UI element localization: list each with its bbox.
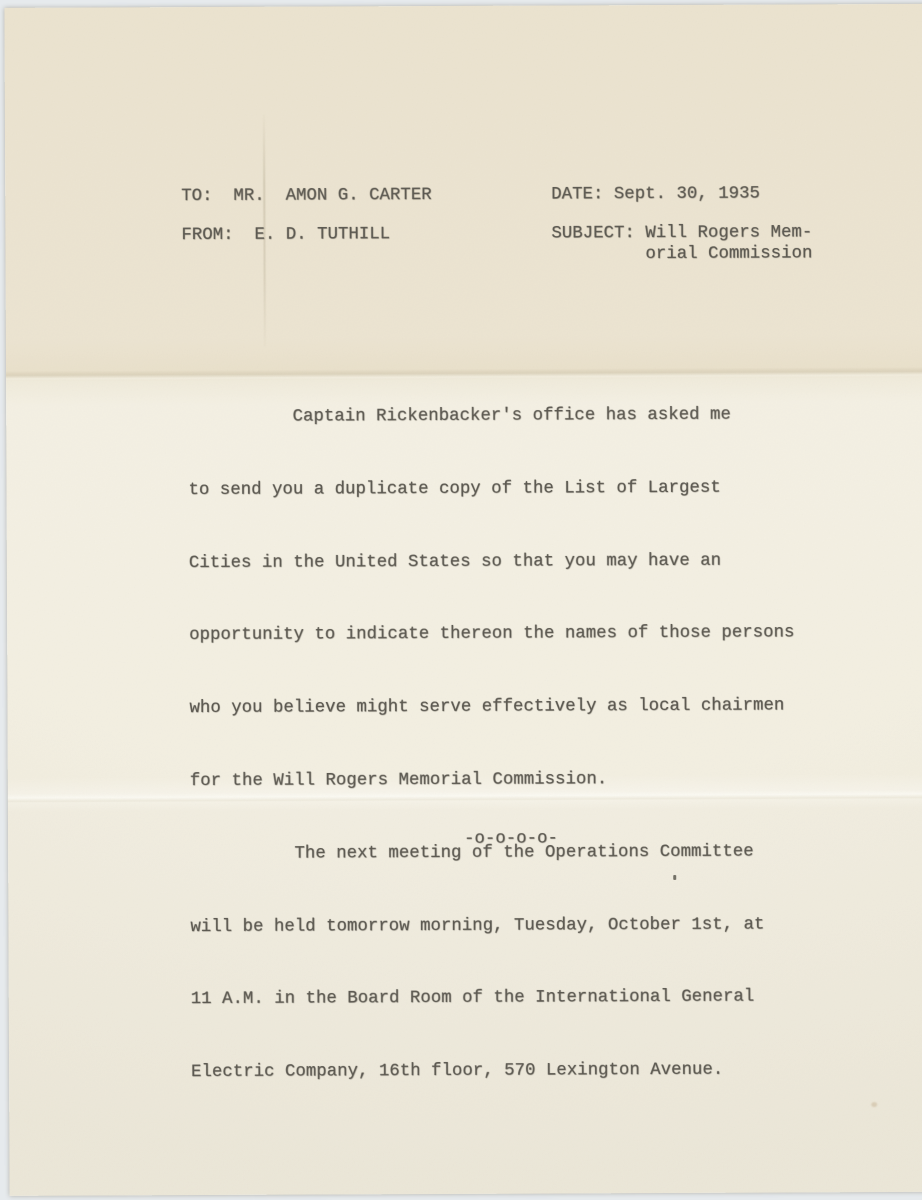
memo-to-line: TO: MR. AMON G. CARTER xyxy=(181,185,432,208)
typed-separator: -o-o-o-o- xyxy=(464,828,558,850)
memo-body-line: will be held tomorrow morning, Tuesday, … xyxy=(190,907,795,946)
memo-body-line: for the Will Rogers Memorial Commission. xyxy=(190,761,795,800)
memo-body-line: 11 A.M. in the Board Room of the Interna… xyxy=(191,980,796,1019)
memo-subject-line: SUBJECT: Will Rogers Mem- xyxy=(551,222,812,245)
memo-body-line: Captain Rickenbacker's office has asked … xyxy=(188,397,793,436)
memo-from-line: FROM: E. D. TUTHILL xyxy=(181,224,390,247)
memo-date-line: DATE: Sept. 30, 1935 xyxy=(551,184,760,207)
memo-body-line: who you believe might serve effectively … xyxy=(189,689,794,728)
scanner-background: TO: MR. AMON G. CARTER FROM: E. D. TUTHI… xyxy=(0,0,922,1200)
memo-body: Captain Rickenbacker's office has asked … xyxy=(188,361,797,1128)
paper-stain xyxy=(871,1102,877,1107)
memo-body-line: Electric Company, 16th floor, 570 Lexing… xyxy=(191,1053,796,1092)
memo-paper: TO: MR. AMON G. CARTER FROM: E. D. TUTHI… xyxy=(4,4,922,1196)
memo-body-line: Cities in the United States so that you … xyxy=(189,543,794,582)
memo-body-line: opportunity to indicate thereon the name… xyxy=(189,616,794,655)
ink-speck xyxy=(673,875,676,880)
memo-subject-continuation: orial Commission xyxy=(551,243,812,266)
memo-body-line: to send you a duplicate copy of the List… xyxy=(188,470,793,509)
scanned-memo-screenshot: { "memo": { "header": { "to_line": "TO: … xyxy=(0,0,922,1200)
